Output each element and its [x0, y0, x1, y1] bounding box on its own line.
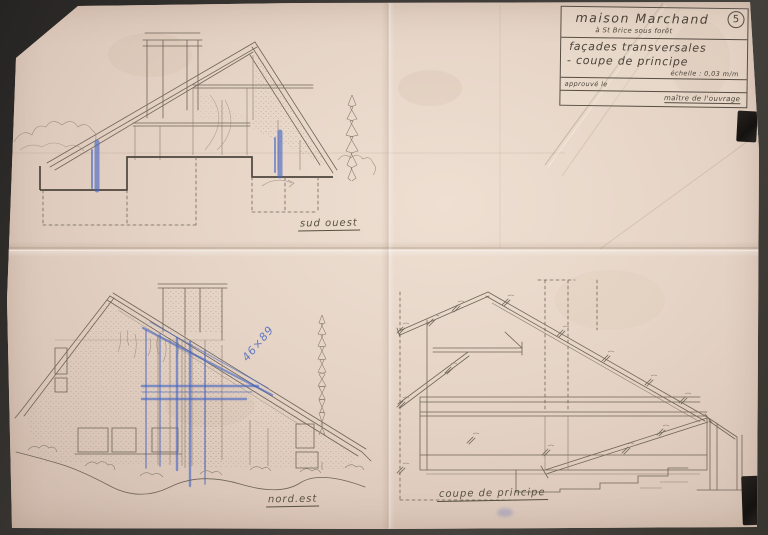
black-clip-top-right [736, 110, 758, 142]
scale-note: échelle : 0,03 m/m [671, 69, 739, 78]
faint-blue-stamp-mark [497, 508, 513, 517]
project-title: maison Marchand [575, 10, 709, 27]
sheet-number-badge: 5 [727, 11, 744, 28]
owner-label: maître de l'ouvrage [664, 94, 741, 104]
project-location: à St Brice sous forêt [595, 26, 672, 35]
subject-line-2: - coupe de principe [567, 54, 688, 69]
caption-sud-ouest: sud ouest [298, 217, 360, 231]
subject-line-1: façades transversales [569, 40, 706, 55]
drawing-sheet: maison Marchand 5 à St Brice sous forêt … [0, 0, 768, 535]
facade-nord-est-drawing [15, 284, 371, 494]
punch-hole [29, 11, 46, 28]
black-clip-bottom-right [741, 476, 763, 526]
title-block: maison Marchand 5 à St Brice sous forêt … [559, 6, 748, 109]
caption-coupe-de-principe: coupe de principe [437, 487, 548, 502]
title-block-divider [561, 90, 747, 94]
approved-label: approuvé le [565, 80, 608, 89]
caption-nord-est: nord.est [266, 494, 320, 508]
photo-background: maison Marchand 5 à St Brice sous forêt … [0, 0, 768, 535]
facade-sud-ouest-drawing [14, 33, 376, 225]
